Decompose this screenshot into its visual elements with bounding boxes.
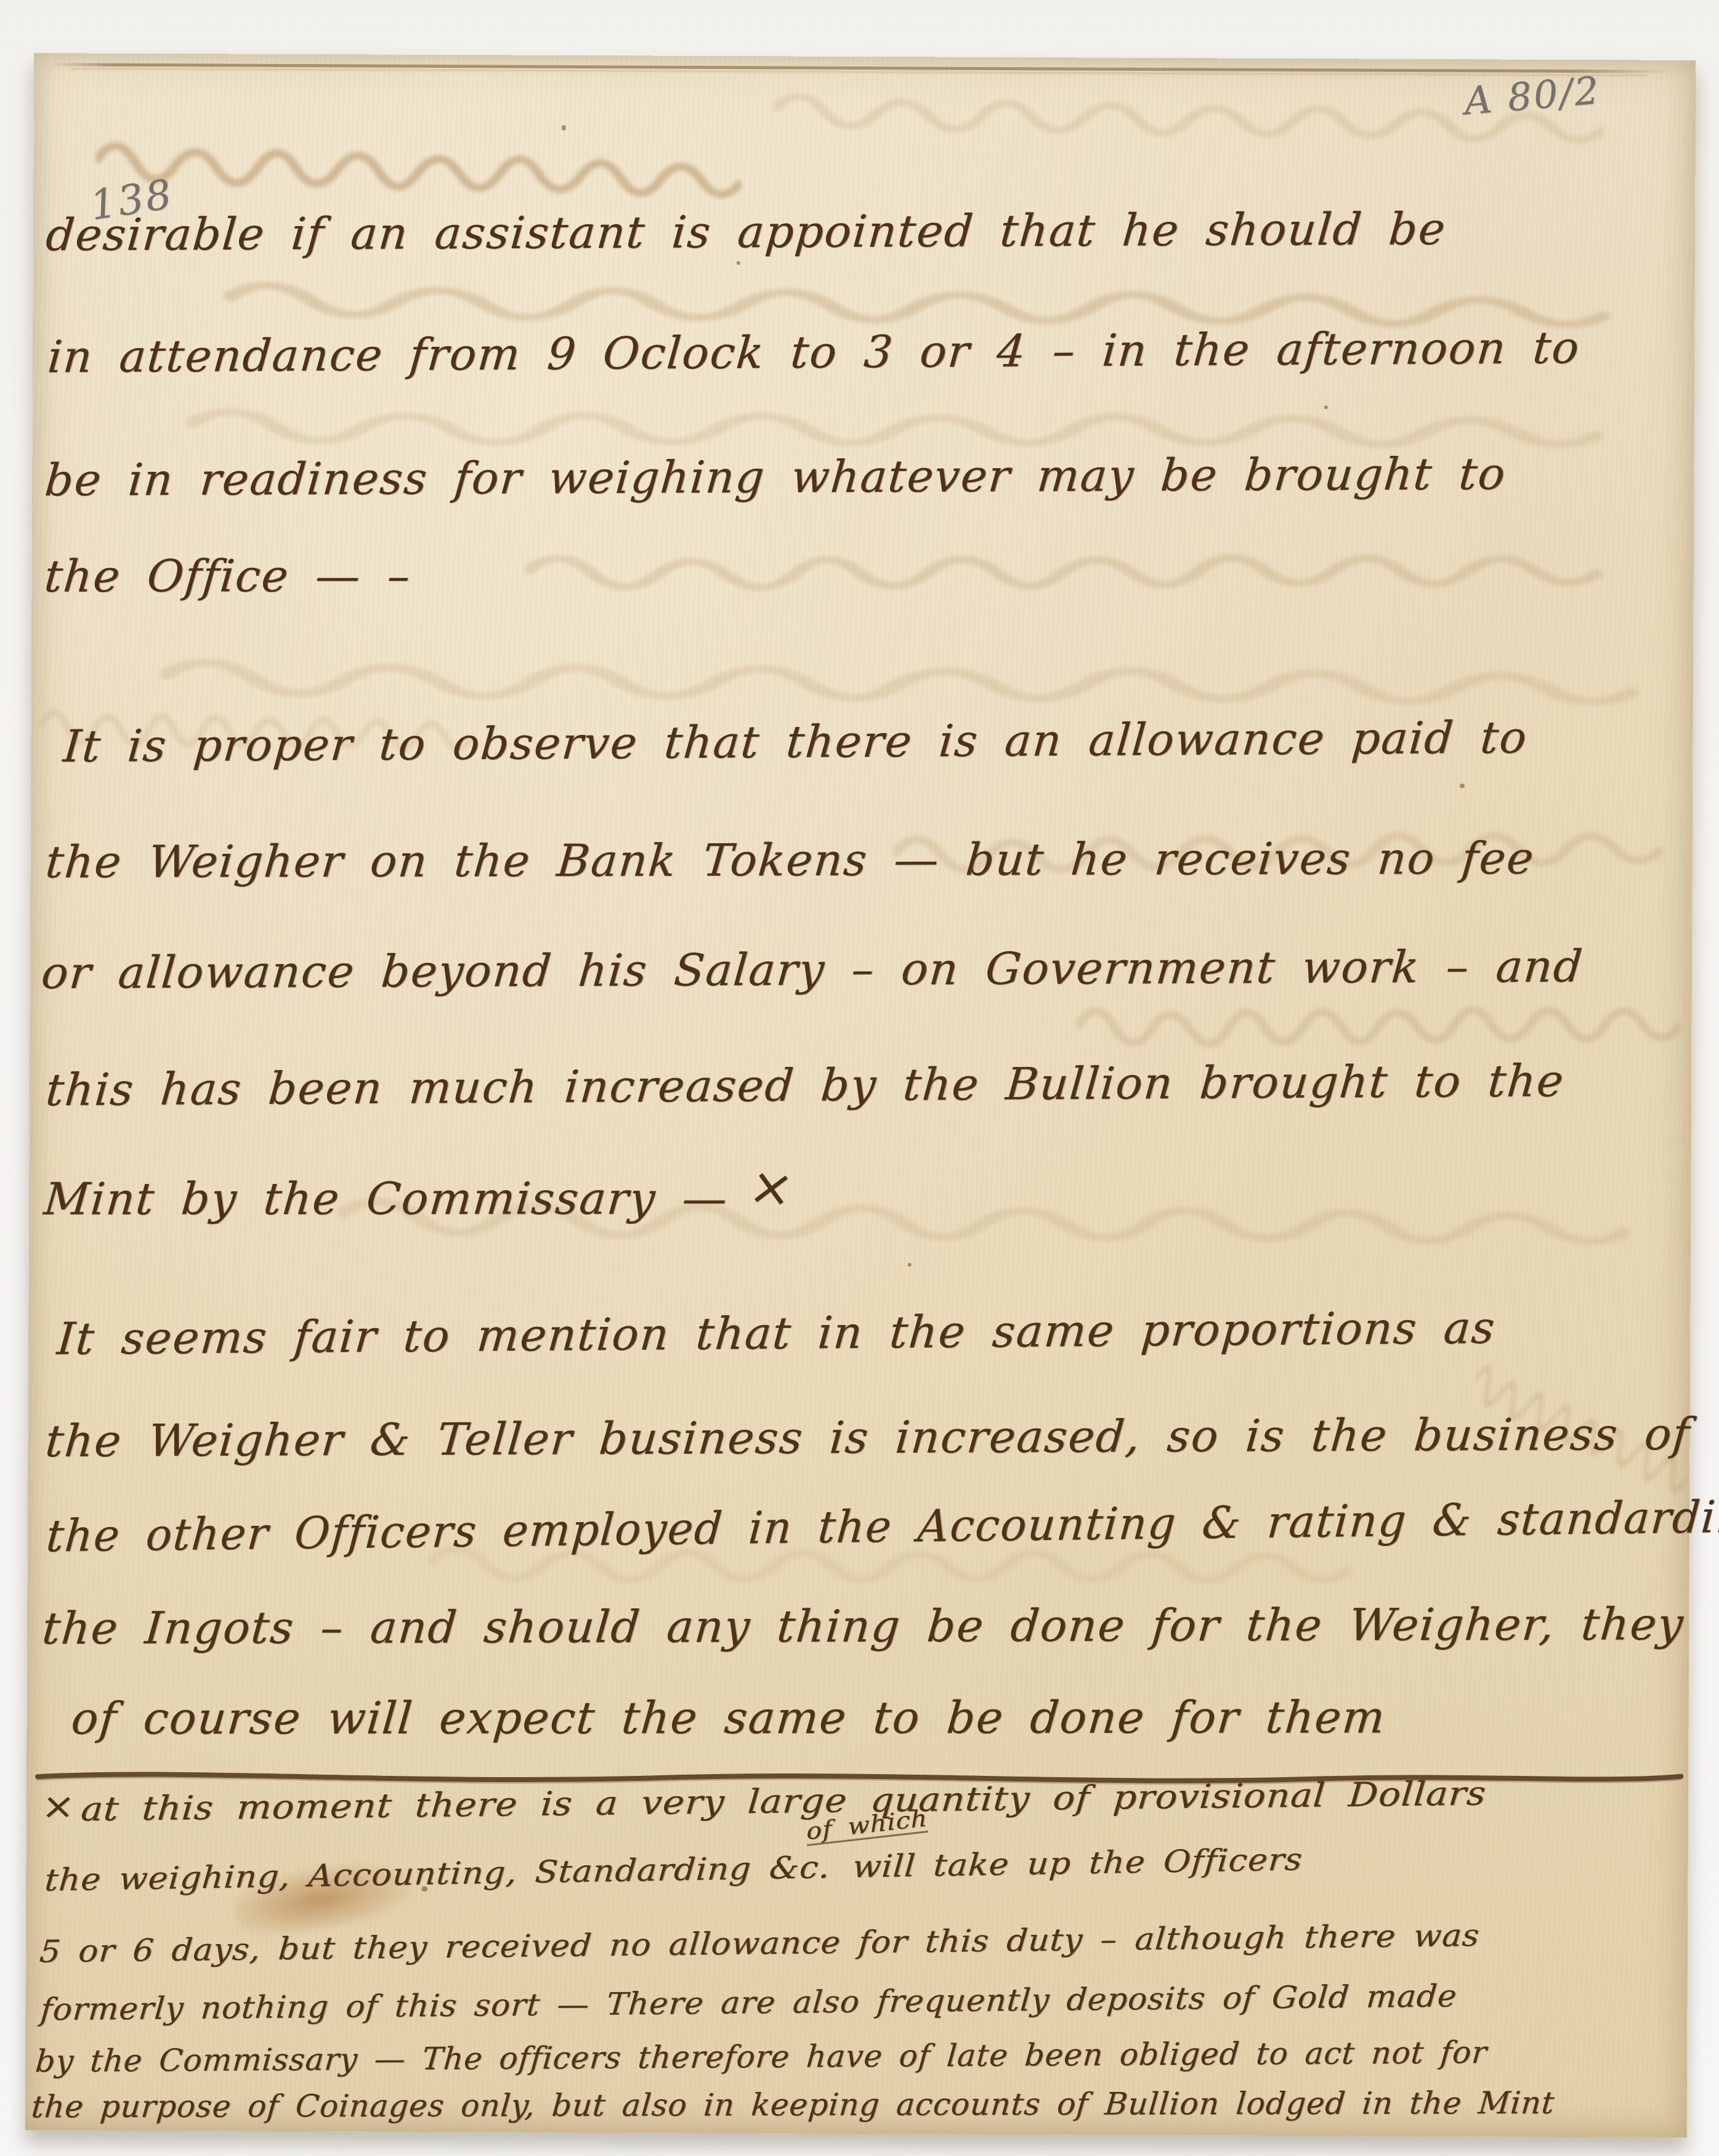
insertion-anchor: of which: [830, 1872, 852, 1878]
footnote-marker-x: ×: [745, 1158, 798, 1217]
ink-bleedthrough: [525, 546, 1603, 598]
paper-speck: [737, 261, 740, 265]
manuscript-line: the Weigher on the Bank Tokens — but he …: [44, 835, 1536, 886]
ink-bleedthrough: [1077, 997, 1681, 1056]
footnote-line: by the Commissary — The officers therefo…: [34, 2036, 1488, 2078]
footnote-line: the purpose of Coinages only, but also i…: [30, 2087, 1556, 2123]
manuscript-line: the Weigher & Teller business is increas…: [44, 1411, 1692, 1465]
reference-number: A 80/2: [1463, 71, 1602, 121]
manuscript-line: of course will expect the same to be don…: [70, 1695, 1388, 1742]
paper-speck: [562, 125, 566, 131]
manuscript-line: the other Officers employed in the Accou…: [45, 1493, 1719, 1559]
manuscript-line: It is proper to observe that there is an…: [62, 715, 1529, 770]
footnote-line: the weighing, Accounting, Standarding &c…: [44, 1843, 1304, 1896]
manuscript-line: in attendance from 9 Oclock to 3 or 4 – …: [46, 325, 1582, 381]
manuscript-line: this has been much increased by the Bull…: [44, 1058, 1566, 1114]
manuscript-line: the Office — –: [42, 553, 413, 600]
ink-bleedthrough: [161, 652, 1640, 716]
scanned-manuscript-page: { "annotations": { "folio_number": "138"…: [0, 0, 1719, 2156]
manuscript-line: be in readiness for weighing whatever ma…: [43, 451, 1508, 504]
paper-speck: [1324, 405, 1328, 409]
footnote-marker-x: ×: [40, 1788, 76, 1826]
footnote-line-text: will take up the Officers: [851, 1841, 1304, 1884]
manuscript-line-text: Mint by the Commissary —: [42, 1172, 730, 1225]
footnote-line: formerly nothing of this sort — There ar…: [39, 1980, 1458, 2026]
paper-speck: [908, 1263, 912, 1266]
manuscript-line: Mint by the Commissary —×: [42, 1169, 795, 1223]
manuscript-line: It seems fair to mention that in the sam…: [55, 1305, 1497, 1363]
manuscript-line: the Ingots – and should any thing be don…: [41, 1601, 1686, 1652]
manuscript-line: or allowance beyond his Salary – on Gove…: [39, 943, 1585, 997]
ink-bleedthrough: [94, 134, 742, 209]
manuscript-line: desirable if an assistant is appointed t…: [44, 206, 1448, 259]
manuscript-paper: 138 A 80/2 desirable if an assistant is …: [25, 53, 1696, 2138]
paper-speck: [1460, 784, 1465, 788]
footnote-line-text: the weighing, Accounting, Standarding &c…: [44, 1849, 831, 1898]
